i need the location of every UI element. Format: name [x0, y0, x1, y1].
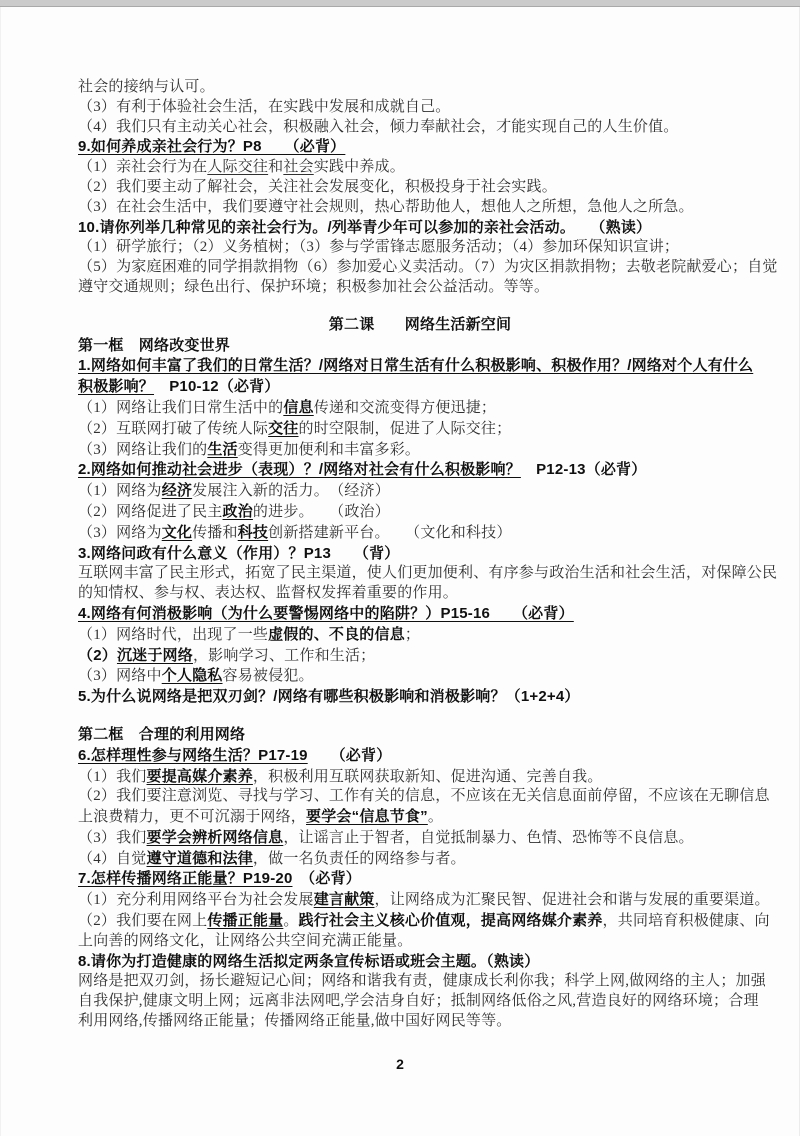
body-line: （4）我们只有主动关心社会，积极融入社会，倾力奉献社会，才能实现自己的人生价值。: [78, 118, 762, 138]
text-run: （1）网络让我们日常生活中的: [78, 400, 283, 416]
text-run: 的进步。 （政治）: [253, 504, 390, 520]
scanned-document-page: 社会的接纳与认可。（3）有利于体验社会生活，在实践中发展和成就自己。（4）我们只…: [0, 0, 800, 1136]
text-run: （3）网络中: [78, 668, 162, 684]
body-line: （2）网络促进了民主政治的进步。 （政治）: [78, 502, 762, 523]
body-line: （1）网络为经济发展注入新的活力。 （经济）: [78, 481, 762, 502]
document-body: 社会的接纳与认可。（3）有利于体验社会生活，在实践中发展和成就自己。（4）我们只…: [78, 78, 762, 1032]
text-run: ，让网络成为汇聚民智、促进社会和谐与发展的重要渠道。: [375, 892, 770, 908]
heading-question-10: 10.请你列举几种常见的亲社会行为。/列举青少年可以参加的亲社会活动。 （熟读）: [78, 218, 762, 239]
text-run: （1）我们: [78, 769, 147, 785]
body-line: 社会的接纳与认可。: [78, 78, 762, 98]
text-run: （2）我们要在网上: [78, 913, 207, 929]
text-run: 经济: [162, 482, 192, 499]
heading-question-4: 4.网络有何消极影响（为什么要警惕网络中的陷阱？）P15-16 （必背）: [78, 604, 762, 625]
text-run: 交往: [268, 420, 298, 437]
body-line: （3）在社会生活中，我们要遵守社会规则，热心帮助他人，想他人之所想，急他人之所急…: [78, 198, 762, 218]
text-run: 互联网丰富了民主形式，拓宽了民主渠道，使人们更加便利、有序参与政治生活和社会生活…: [78, 565, 777, 581]
text-run: 社会: [283, 159, 313, 175]
text-run: 容易被侵犯。: [223, 668, 314, 684]
text-run: 6.怎样理性参与网络生活？P17-19: [78, 747, 308, 764]
text-run: （4）我们只有主动关心社会，积极融入社会，倾力奉献社会，才能实现自己的人生价值。: [78, 119, 679, 135]
text-run: 2.网络如何推动社会进步（表现）？/网络对社会有什么积极影响？: [78, 461, 521, 478]
text-run: （2）互联网打破了传统人际: [78, 421, 268, 437]
text-run: （1）亲社会行为在: [78, 159, 207, 175]
body-line: （1）研学旅行；（2）义务植树；（3）参与学雷锋志愿服务活动；（4）参加环保知识…: [78, 238, 762, 258]
text-run: 文化: [162, 524, 192, 541]
text-run: P12-13（必背）: [521, 461, 647, 478]
text-run: ，积极利用互联网获取新知、促进沟通、完善自我。: [253, 769, 603, 785]
text-run: 政治: [223, 503, 253, 520]
heading-question-5: 5.为什么说网络是把双刃剑？/网络有哪些积极影响和消极影响？（1+2+4）: [78, 687, 762, 708]
body-line: 利用网络,传播网络正能量；传播网络正能量,做中国好网民等等。: [78, 1012, 762, 1032]
text-run: 传播和: [192, 525, 238, 541]
text-run: （1）网络时代，出现了一些: [78, 627, 268, 643]
text-run: 遵守交通规则；绿色出行、保护环境；积极参加社会公益活动。等等。: [78, 279, 549, 295]
text-run: 10.请你列举几种常见的亲社会行为。/列举青少年可以参加的亲社会活动。 （熟读）: [78, 219, 651, 236]
heading-question-2: 2.网络如何推动社会进步（表现）？/网络对社会有什么积极影响？ P12-13（必…: [78, 460, 762, 481]
text-run: 建言献策: [314, 891, 375, 908]
text-run: 的时空限制，促进了人际交往；: [299, 421, 512, 437]
text-run: P10-12（必背）: [154, 378, 280, 395]
text-run: （5）为家庭困难的同学捐款捐物（6）参加爱心义卖活动。（7）为灾区捐款捐物；去敬…: [78, 259, 778, 275]
text-run: 网络是把双刃剑，扬长避短记心间；网络和谐我有责，健康成长利你我；科学上网,做网络…: [78, 973, 766, 989]
text-run: 创新搭建新平台。 （文化和科技）: [268, 525, 511, 541]
text-run: （1）充分利用网络平台为社会发展: [78, 892, 314, 908]
text-run: 自我保护,健康文明上网；远离非法网吧,学会洁身自好；抵制网络低俗之风,营造良好的…: [78, 993, 759, 1009]
body-line: （1）充分利用网络平台为社会发展建言献策，让网络成为汇聚民智、促进社会和谐与发展…: [78, 890, 762, 911]
text-run: 积极影响？: [78, 378, 154, 395]
text-run: 要提高媒介素养: [147, 768, 253, 785]
body-line: 自我保护,健康文明上网；远离非法网吧,学会洁身自好；抵制网络低俗之风,营造良好的…: [78, 992, 762, 1012]
frame-1-title: 第一框 网络改变世界: [78, 336, 762, 357]
text-run: 的知情权、参与权、表达权、监督权发挥着重要的作用。: [78, 585, 458, 601]
body-line: 遵守交通规则；绿色出行、保护环境；积极参加社会公益活动。等等。: [78, 278, 762, 298]
page-top-edge: [0, 0, 800, 7]
text-run: 人际交往: [207, 159, 268, 175]
body-line: （2）我们要在网上传播正能量。践行社会主义核心价值观，提高网络媒介素养，共同培育…: [78, 911, 762, 932]
text-run: ，让谣言止于智者，自觉抵制暴力、色情、恐怖等不良信息。: [283, 830, 693, 846]
text-run: 虚假的、不良的信息: [268, 626, 405, 643]
text-run: （必背）: [292, 870, 361, 887]
heading-question-1: 1.网络如何丰富了我们的日常生活？/网络对日常生活有什么积极影响、积极作用？/网…: [78, 356, 762, 377]
body-line: 的知情权、参与权、表达权、监督权发挥着重要的作用。: [78, 584, 762, 604]
text-run: 。: [428, 809, 443, 825]
text-run: （3）网络让我们的: [78, 442, 207, 458]
text-run: 信息: [283, 399, 313, 416]
text-run: （必背）: [308, 747, 392, 764]
body-line: （3）我们要学会辨析网络信息，让谣言止于智者，自觉抵制暴力、色情、恐怖等不良信息…: [78, 828, 762, 849]
lesson-title: 第二课 网络生活新空间: [78, 315, 762, 336]
heading-question-7: 7.怎样传播网络正能量？P19-20 （必背）: [78, 869, 762, 890]
heading-question-6: 6.怎样理性参与网络生活？P17-19 （必背）: [78, 746, 762, 767]
text-run: ，做一名负责任的网络参与者。: [253, 851, 466, 867]
text-run: 遵守道德和法律: [147, 850, 253, 867]
text-run: 要学会辨析网络信息: [147, 829, 284, 846]
text-run: 。: [283, 913, 298, 929]
body-line: （3）网络为文化传播和科技创新搭建新平台。 （文化和科技）: [78, 523, 762, 544]
text-run: （3）在社会生活中，我们要遵守社会规则，热心帮助他人，想他人之所想，急他人之所急…: [78, 199, 694, 215]
text-run: （2）我们要主动了解社会，关注社会发展变化，积极投身于社会实践。: [78, 179, 557, 195]
text-run: 4.网络有何消极影响（为什么要警惕网络中的陷阱？）P15-16 （必背）: [78, 605, 574, 622]
text-run: 8.请你为打造健康的网络生活拟定两条宣传标语或班会主题。（熟读）: [78, 953, 539, 970]
text-run: 1.网络如何丰富了我们的日常生活？/网络对日常生活有什么积极影响、积极作用？/网…: [78, 357, 753, 374]
text-run: 沉迷于网络: [117, 647, 193, 664]
heading-question-3: 3.网络问政有什么意义（作用）？P13 （背）: [78, 544, 762, 565]
body-line: （2）沉迷于网络，影响学习、工作和生活；: [78, 646, 762, 667]
body-line: （3）有利于体验社会生活，在实践中发展和成就自己。: [78, 98, 762, 118]
heading-question-1-cont: 积极影响？ P10-12（必背）: [78, 377, 762, 398]
text-run: （3）网络为: [78, 525, 162, 541]
text-run: （1）网络为: [78, 483, 162, 499]
text-run: 利用网络,传播网络正能量；传播网络正能量,做中国好网民等等。: [78, 1013, 512, 1029]
text-run: 第二课 网络生活新空间: [329, 316, 511, 333]
body-line: （1）我们要提高媒介素养，积极利用互联网获取新知、促进沟通、完善自我。: [78, 767, 762, 788]
text-run: （2）: [78, 647, 117, 664]
text-run: 和: [268, 159, 283, 175]
body-line: 上向善的网络文化，让网络公共空间充满正能量。: [78, 932, 762, 952]
text-run: （4）自觉: [78, 851, 147, 867]
text-run: 实践中养成。: [314, 159, 405, 175]
text-run: ；: [405, 627, 420, 643]
heading-question-9: 9.如何养成亲社会行为？P8 （必背）: [78, 137, 762, 158]
text-run: 变得更加便利和丰富多彩。: [238, 442, 420, 458]
text-run: 要学会“信息节食”: [306, 808, 428, 825]
text-run: 传递和交流变得方便迅捷；: [314, 400, 496, 416]
text-run: 9.如何养成亲社会行为？P8 （必背）: [78, 138, 345, 155]
body-line: （1）网络时代，出现了一些虚假的、不良的信息；: [78, 625, 762, 646]
text-run: 践行社会主义核心价值观，提高网络媒介素养: [299, 912, 603, 929]
frame-2-title: 第二框 合理的利用网络: [78, 725, 762, 746]
text-run: （1）研学旅行；（2）义务植树；（3）参与学雷锋志愿服务活动；（4）参加环保知识…: [78, 239, 679, 255]
text-run: ，共同培育积极健康、向: [603, 913, 770, 929]
text-run: ，影响学习、工作和生活；: [193, 648, 375, 664]
text-run: 7.怎样传播网络正能量？P19-20: [78, 870, 292, 887]
text-run: 5.为什么说网络是把双刃剑？/网络有哪些积极影响和消极影响？（1+2+4）: [78, 688, 580, 705]
text-run: 科技: [238, 524, 268, 541]
body-line: （3）网络中个人隐私容易被侵犯。: [78, 666, 762, 687]
text-run: 第二框 合理的利用网络: [78, 726, 245, 743]
page-number: 2: [0, 1056, 800, 1072]
body-line: （5）为家庭困难的同学捐款捐物（6）参加爱心义卖活动。（7）为灾区捐款捐物；去敬…: [78, 258, 762, 278]
body-line: （4）自觉遵守道德和法律，做一名负责任的网络参与者。: [78, 849, 762, 870]
text-run: （2）网络促进了民主: [78, 504, 223, 520]
body-line: 网络是把双刃剑，扬长避短记心间；网络和谐我有责，健康成长利你我；科学上网,做网络…: [78, 972, 762, 992]
body-line: （1）网络让我们日常生活中的信息传递和交流变得方便迅捷；: [78, 398, 762, 419]
body-line: 上浪费精力，更不可沉溺于网络，要学会“信息节食”。: [78, 807, 762, 828]
body-line: （2）我们要注意浏览、寻找与学习、工作有关的信息，不应该在无关信息面前停留，不应…: [78, 787, 762, 807]
text-run: 社会的接纳与认可。: [78, 79, 215, 95]
text-run: （3）我们: [78, 830, 147, 846]
text-run: （3）有利于体验社会生活，在实践中发展和成就自己。: [78, 99, 451, 115]
text-run: 生活: [207, 441, 237, 458]
text-run: 3.网络问政有什么意义（作用）？P13 （背）: [78, 545, 400, 562]
body-line: （2）我们要主动了解社会，关注社会发展变化，积极投身于社会实践。: [78, 178, 762, 198]
body-line: （2）互联网打破了传统人际交往的时空限制，促进了人际交往；: [78, 419, 762, 440]
text-run: 个人隐私: [162, 667, 223, 684]
text-run: （2）我们要注意浏览、寻找与学习、工作有关的信息，不应该在无关信息面前停留，不应…: [78, 788, 770, 804]
heading-question-8: 8.请你为打造健康的网络生活拟定两条宣传标语或班会主题。（熟读）: [78, 952, 762, 973]
body-line: （1）亲社会行为在人际交往和社会实践中养成。: [78, 158, 762, 178]
body-line: （3）网络让我们的生活变得更加便利和丰富多彩。: [78, 440, 762, 461]
body-line: 互联网丰富了民主形式，拓宽了民主渠道，使人们更加便利、有序参与政治生活和社会生活…: [78, 564, 762, 584]
text-run: 上浪费精力，更不可沉溺于网络，: [78, 809, 306, 825]
text-run: 上向善的网络文化，让网络公共空间充满正能量。: [78, 933, 412, 949]
text-run: 第一框 网络改变世界: [78, 337, 230, 354]
text-run: 发展注入新的活力。 （经济）: [192, 483, 390, 499]
text-run: 传播正能量: [207, 912, 283, 929]
